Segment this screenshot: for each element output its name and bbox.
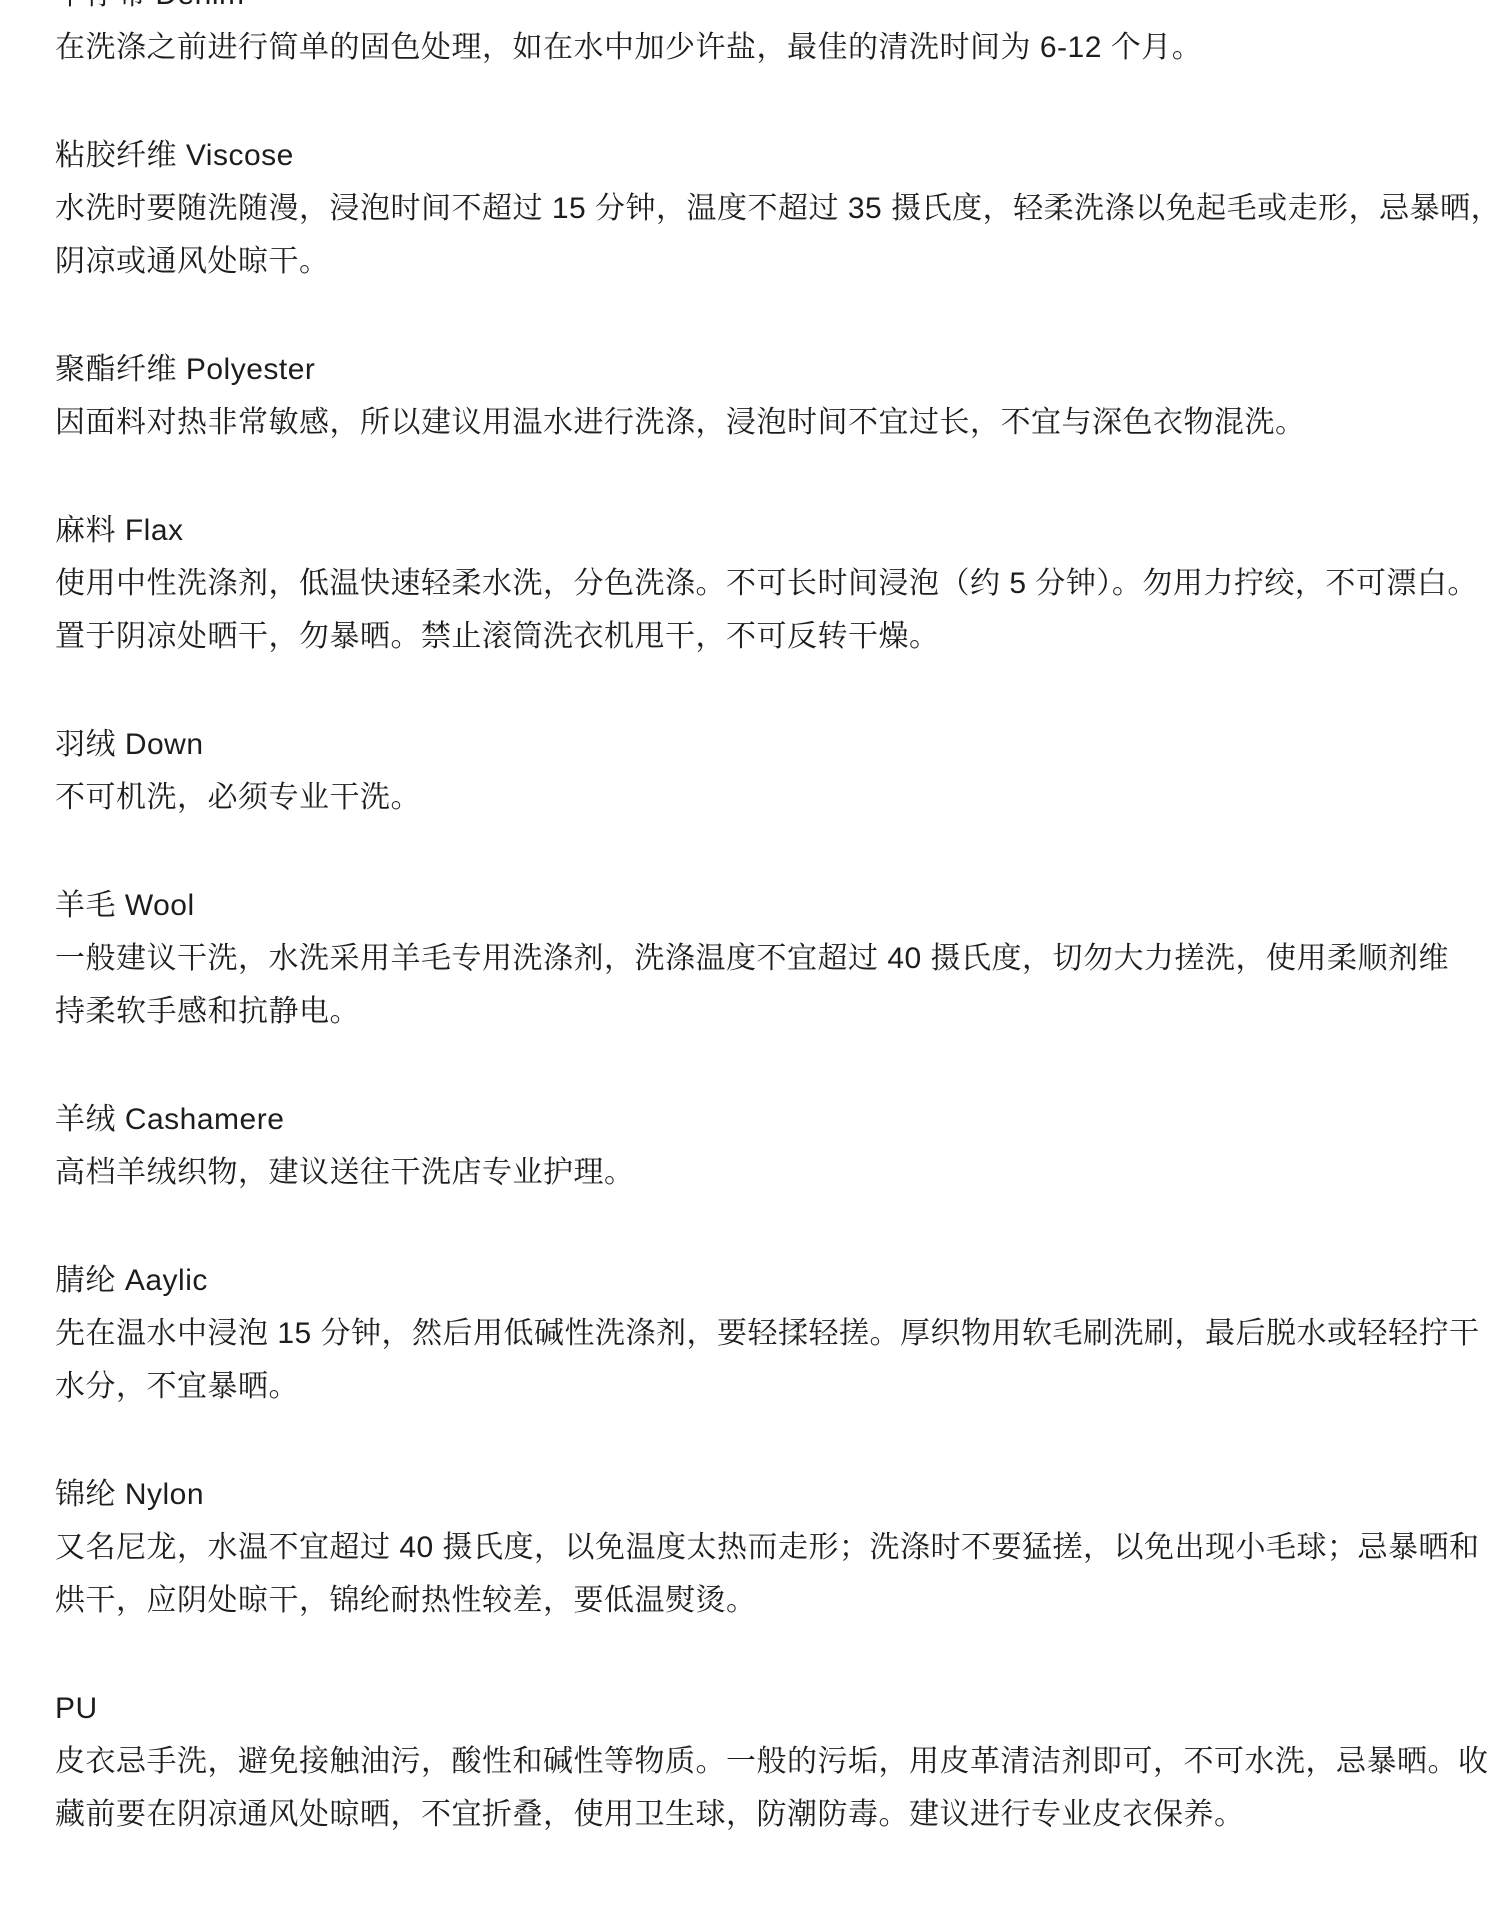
paragraph-line: 又名尼龙，水温不宜超过 40 摄氏度，以免温度太热而走形；洗涤时不要猛搓，以免出… — [55, 1521, 1470, 1574]
fabric-section: 聚酯纤维 Polyester因面料对热非常敏感，所以建议用温水进行洗涤，浸泡时间… — [55, 343, 1470, 449]
section-title: 腈纶 Aaylic — [55, 1254, 1470, 1307]
fabric-section: 羊绒 Cashamere高档羊绒织物，建议送往干洗店专业护理。 — [55, 1093, 1470, 1199]
paragraph-line: 先在温水中浸泡 15 分钟，然后用低碱性洗涤剂，要轻揉轻搓。厚织物用软毛刷洗刷，… — [55, 1307, 1470, 1360]
section-title: 锦纶 Nylon — [55, 1468, 1470, 1521]
fabric-section: 羊毛 Wool一般建议干洗，水洗采用羊毛专用洗涤剂，洗涤温度不宜超过 40 摄氏… — [55, 879, 1470, 1038]
fabric-section: 牛仔布 Denim在洗涤之前进行简单的固色处理，如在水中加少许盐，最佳的清洗时间… — [55, 0, 1470, 74]
paragraph-line: 高档羊绒织物，建议送往干洗店专业护理。 — [55, 1146, 1470, 1199]
paragraph-line: 置于阴凉处晒干，勿暴晒。禁止滚筒洗衣机甩干，不可反转干燥。 — [55, 610, 1470, 663]
care-instructions-document: 牛仔布 Denim在洗涤之前进行简单的固色处理，如在水中加少许盐，最佳的清洗时间… — [0, 0, 1500, 1841]
paragraph-line: 烘干，应阴处晾干，锦纶耐热性较差，要低温熨烫。 — [55, 1574, 1470, 1627]
paragraph-line: 不可机洗，必须专业干洗。 — [55, 771, 1470, 824]
fabric-section: 麻料 Flax使用中性洗涤剂，低温快速轻柔水洗，分色洗涤。不可长时间浸泡（约 5… — [55, 504, 1470, 663]
paragraph-line: 水分，不宜暴晒。 — [55, 1360, 1470, 1413]
paragraph-line: 在洗涤之前进行简单的固色处理，如在水中加少许盐，最佳的清洗时间为 6-12 个月… — [55, 21, 1470, 74]
section-title: 牛仔布 Denim — [55, 0, 1470, 21]
paragraph-line: 阴凉或通风处晾干。 — [55, 235, 1470, 288]
section-title: 羊毛 Wool — [55, 879, 1470, 932]
section-title: 羽绒 Down — [55, 718, 1470, 771]
section-title: 麻料 Flax — [55, 504, 1470, 557]
paragraph-line: 一般建议干洗，水洗采用羊毛专用洗涤剂，洗涤温度不宜超过 40 摄氏度，切勿大力搓… — [55, 932, 1470, 985]
section-title: 羊绒 Cashamere — [55, 1093, 1470, 1146]
fabric-section: PU皮衣忌手洗，避免接触油污，酸性和碱性等物质。一般的污垢，用皮革清洁剂即可，不… — [55, 1682, 1470, 1841]
fabric-section: 粘胶纤维 Viscose水洗时要随洗随漫，浸泡时间不超过 15 分钟，温度不超过… — [55, 129, 1470, 288]
paragraph-line: 使用中性洗涤剂，低温快速轻柔水洗，分色洗涤。不可长时间浸泡（约 5 分钟）。勿用… — [55, 557, 1470, 610]
paragraph-line: 因面料对热非常敏感，所以建议用温水进行洗涤，浸泡时间不宜过长，不宜与深色衣物混洗… — [55, 396, 1470, 449]
paragraph-line: 水洗时要随洗随漫，浸泡时间不超过 15 分钟，温度不超过 35 摄氏度，轻柔洗涤… — [55, 182, 1470, 235]
section-title: 粘胶纤维 Viscose — [55, 129, 1470, 182]
section-title: PU — [55, 1682, 1470, 1735]
paragraph-line: 藏前要在阴凉通风处晾晒，不宜折叠，使用卫生球，防潮防毒。建议进行专业皮衣保养。 — [55, 1788, 1470, 1841]
fabric-section: 羽绒 Down不可机洗，必须专业干洗。 — [55, 718, 1470, 824]
fabric-section: 腈纶 Aaylic先在温水中浸泡 15 分钟，然后用低碱性洗涤剂，要轻揉轻搓。厚… — [55, 1254, 1470, 1413]
paragraph-line: 持柔软手感和抗静电。 — [55, 985, 1470, 1038]
paragraph-line: 皮衣忌手洗，避免接触油污，酸性和碱性等物质。一般的污垢，用皮革清洁剂即可，不可水… — [55, 1735, 1470, 1788]
section-title: 聚酯纤维 Polyester — [55, 343, 1470, 396]
fabric-section: 锦纶 Nylon又名尼龙，水温不宜超过 40 摄氏度，以免温度太热而走形；洗涤时… — [55, 1468, 1470, 1627]
